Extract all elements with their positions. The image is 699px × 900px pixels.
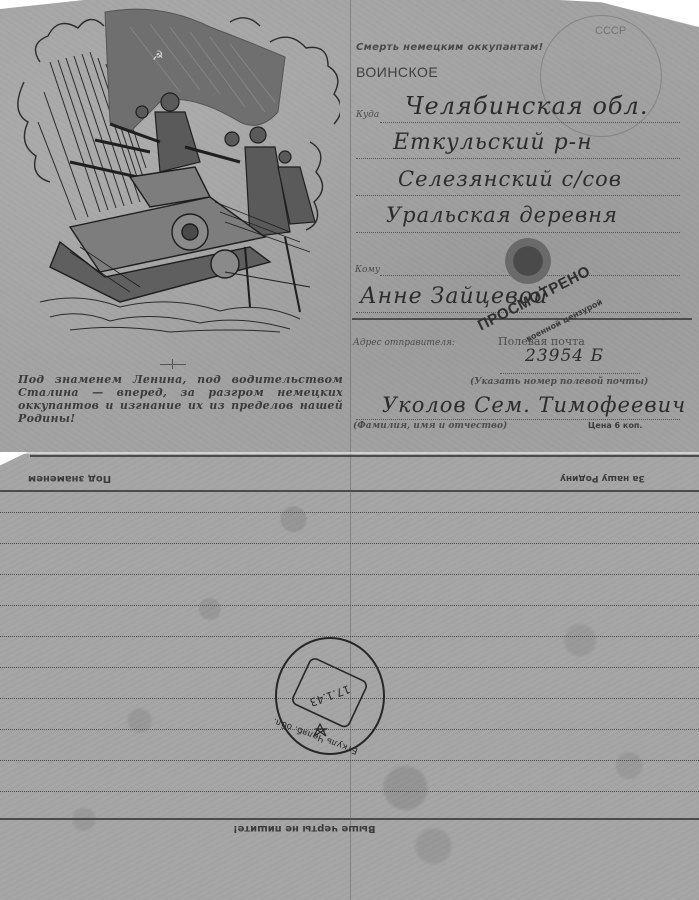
address-line-4-rule xyxy=(356,232,680,233)
writing-line xyxy=(0,543,699,544)
slogan-lenin-stalin: Под знаменем Ленина, под водительством С… xyxy=(18,373,343,425)
postmark-top-text: СССР xyxy=(595,25,626,37)
sender-rule xyxy=(356,419,680,420)
label-to-where: Куда xyxy=(356,110,379,120)
slogan-death-to-occupiers: Смерть немецким оккупантам! xyxy=(356,42,543,53)
address-line-2: Еткульский р-н xyxy=(393,130,593,155)
address-line-1: Челябинская обл. xyxy=(405,92,648,120)
writing-line xyxy=(0,791,699,792)
postmark-date: 17.1.43 xyxy=(308,682,352,709)
label-to-whom: Кому xyxy=(355,265,380,275)
horizontal-tear xyxy=(0,452,699,454)
address-line-1-rule xyxy=(380,122,680,123)
writing-line xyxy=(0,605,699,606)
section-divider xyxy=(352,318,692,320)
price-label: Цена 6 коп. xyxy=(588,421,642,430)
postmark-text: Еткуль Челяб. обл. xyxy=(274,715,359,755)
postmark-stamp: 17.1.43 Еткуль Челяб. обл. xyxy=(274,636,386,756)
back-header-left: Под знаменем xyxy=(28,473,111,484)
back-header-rule xyxy=(0,490,699,492)
sender-name: Уколов Сем. Тимофеевич xyxy=(382,393,686,417)
field-post-number: 23954 Б xyxy=(525,346,604,366)
soldiers-tank-illustration: ☭ xyxy=(10,2,340,337)
address-line-3-rule xyxy=(356,195,680,196)
address-line-3: Селезянский с/сов xyxy=(398,167,622,191)
cut-mark xyxy=(160,364,186,365)
hammer-sickle-icon: ☭ xyxy=(152,49,164,64)
writing-line xyxy=(0,512,699,513)
label-sender-address: Адрес отправителя: xyxy=(353,338,455,348)
back-footer-rule xyxy=(0,818,699,820)
censor-emblem-stamp xyxy=(505,238,551,284)
back-top-rule xyxy=(30,455,699,457)
letter-sheet: ☭ xyxy=(0,0,699,900)
address-line-4: Уральская деревня xyxy=(386,203,618,227)
address-line-2-rule xyxy=(356,158,680,159)
back-header-right: За нашу Родину xyxy=(560,473,645,483)
back-footer-note: Выше черты не пишите! xyxy=(233,823,376,834)
writing-line xyxy=(0,574,699,575)
field-post-rule xyxy=(500,373,640,374)
label-sender-name-hint: (Фамилия, имя и отчество) xyxy=(353,421,507,431)
writing-line xyxy=(0,760,699,761)
form-title: ВОИНСКОЕ xyxy=(356,64,438,80)
label-field-post-hint: (Указать номер полевой почты) xyxy=(470,377,648,387)
